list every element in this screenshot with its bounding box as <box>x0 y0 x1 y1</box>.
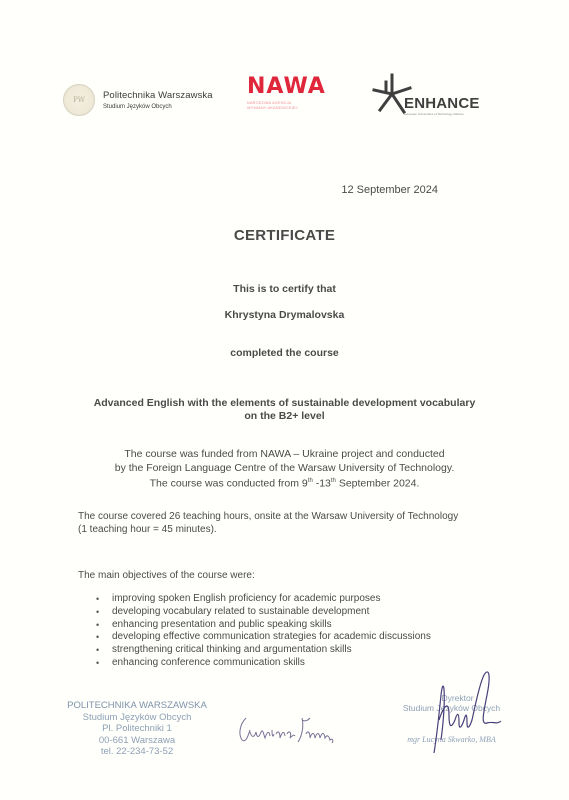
nawa-subtitle: NARODOWA AGENCJA WYMIANY AKADEMICKIEJ <box>247 101 326 111</box>
funding-line2: by the Foreign Language Centre of the Wa… <box>0 462 569 476</box>
completed-line: completed the course <box>0 347 569 359</box>
hours-line2: (1 teaching hour = 45 minutes). <box>78 524 458 537</box>
pw-logo-text: Politechnika Warszawska Studium Języków … <box>103 90 213 110</box>
stamp-line5: tel. 22-234-73-52 <box>62 746 212 758</box>
pw-name: Politechnika Warszawska <box>103 90 213 101</box>
list-item: enhancing presentation and public speaki… <box>96 619 431 632</box>
politechnika-warszawska-logo: PW Politechnika Warszawska Studium Język… <box>63 84 213 116</box>
period-mid: -13 <box>313 478 331 490</box>
funding-line1: The course was funded from NAWA – Ukrain… <box>0 448 569 462</box>
period-suffix: September 2024. <box>336 478 419 490</box>
list-item: enhancing conference communication skill… <box>96 657 431 670</box>
period-prefix: The course was conducted from 9 <box>150 478 308 490</box>
director-stamp: Dyrektor Studium Języków Obcych mgr Lucy… <box>384 690 519 760</box>
list-item: strengthening critical thinking and argu… <box>96 644 431 657</box>
stamp-line1: POLITECHNIKA WARSZAWSKA <box>62 700 212 712</box>
course-title-line2: on the B2+ level <box>0 410 569 423</box>
funding-paragraph: The course was funded from NAWA – Ukrain… <box>0 448 569 491</box>
course-title-line1: Advanced English with the elements of su… <box>0 397 569 410</box>
list-item: developing effective communication strat… <box>96 631 431 644</box>
director-signature-icon <box>409 665 509 755</box>
certify-line: This is to certify that <box>0 283 569 295</box>
list-item: improving spoken English proficiency for… <box>96 593 431 606</box>
institution-stamp: POLITECHNIKA WARSZAWSKA Studium Języków … <box>62 700 212 758</box>
nawa-subtitle-line2: WYMIANY AKADEMICKIEJ <box>247 106 326 111</box>
teacher-signature-icon <box>232 710 344 750</box>
enhance-logo: ENHANCE European Universities of Technol… <box>372 72 502 117</box>
hours-paragraph: The course covered 26 teaching hours, on… <box>78 511 458 536</box>
certificate-title: CERTIFICATE <box>0 227 569 244</box>
stamp-line3: Pl. Politechniki 1 <box>62 723 212 735</box>
nawa-wordmark: NAWA <box>247 76 326 98</box>
course-period: The course was conducted from 9th -13th … <box>0 475 569 491</box>
hours-line1: The course covered 26 teaching hours, on… <box>78 511 458 524</box>
list-item: developing vocabulary related to sustain… <box>96 606 431 619</box>
recipient-name: Khrystyna Drymalovska <box>0 309 569 321</box>
objectives-heading: The main objectives of the course were: <box>78 570 255 581</box>
course-title: Advanced English with the elements of su… <box>0 397 569 422</box>
certificate-date: 12 September 2024 <box>341 184 438 196</box>
stamp-line2: Studium Języków Obcych <box>62 712 212 724</box>
stamp-line4: 00-661 Warszawa <box>62 735 212 747</box>
pw-subtitle: Studium Języków Obcych <box>103 104 213 110</box>
enhance-subtitle: European Universities of Technology Alli… <box>404 112 464 116</box>
enhance-wordmark: ENHANCE <box>404 95 480 112</box>
objectives-list: improving spoken English proficiency for… <box>96 593 431 670</box>
university-seal-icon: PW <box>63 84 95 116</box>
nawa-logo: NAWA NARODOWA AGENCJA WYMIANY AKADEMICKI… <box>247 76 326 111</box>
